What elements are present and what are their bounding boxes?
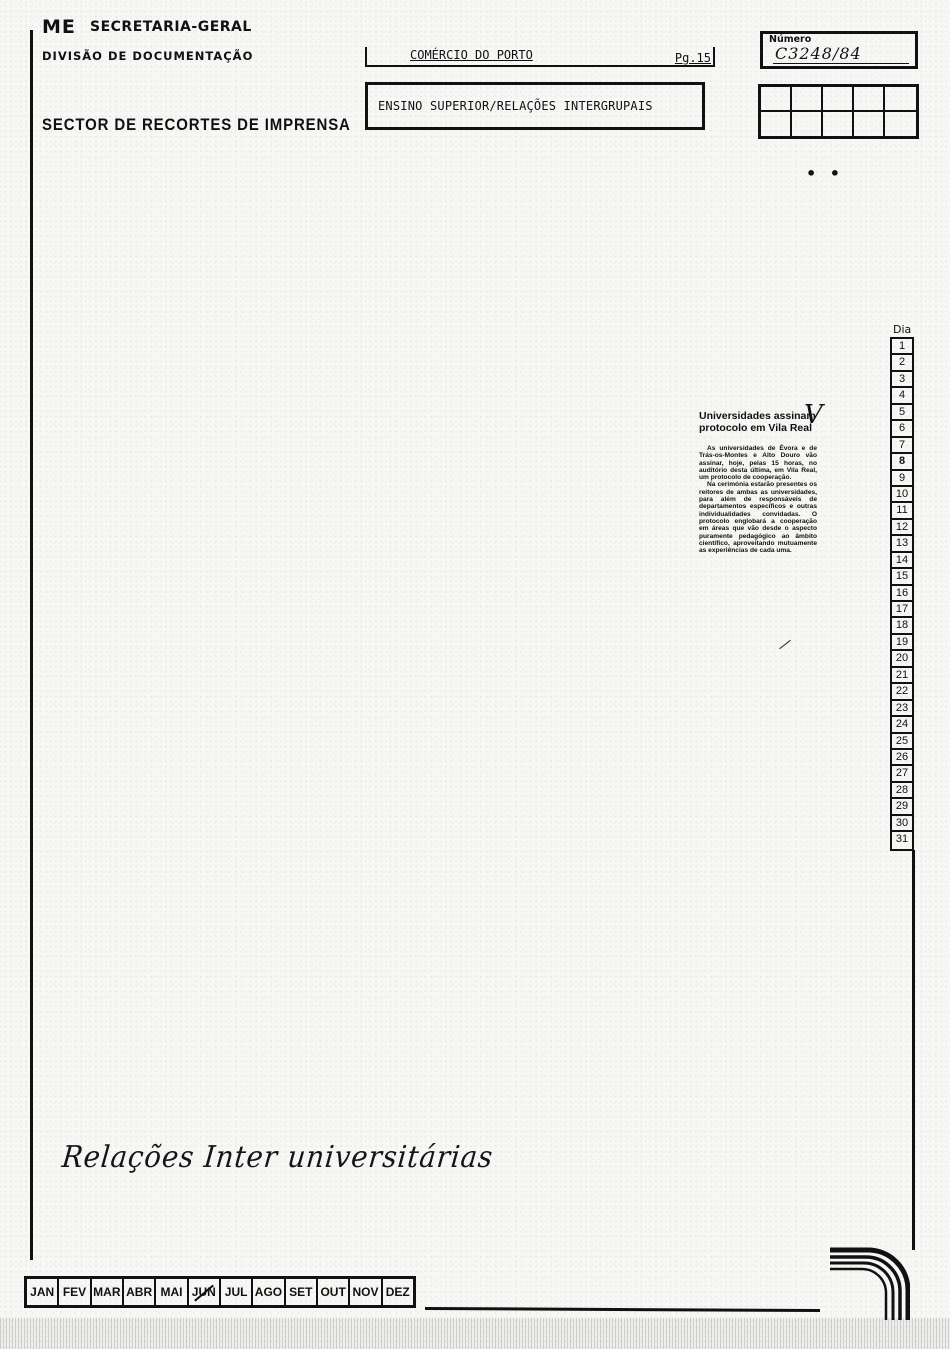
subject-box: ENSINO SUPERIOR/RELAÇÕES INTERGRUPAIS (365, 82, 705, 130)
publication-name: COMÉRCIO DO PORTO (410, 48, 533, 62)
stamp-cell (761, 112, 792, 137)
subject-text: ENSINO SUPERIOR/RELAÇÕES INTERGRUPAIS (378, 99, 653, 113)
day-cell: 9 (892, 471, 912, 487)
month-mar: MAR (92, 1279, 124, 1305)
month-jul: JUL (221, 1279, 253, 1305)
check-mark-icon: V (804, 400, 823, 430)
article-paragraph: Na cerimónia estarão presentes os reitor… (699, 481, 817, 554)
month-mai: MAI (156, 1279, 188, 1305)
day-cell: 23 (892, 701, 912, 717)
day-column-label: Dia (893, 323, 911, 336)
pen-stroke (779, 640, 791, 649)
numero-box: Número C3248/84 (760, 31, 918, 69)
day-cell: 5 (892, 405, 912, 421)
month-dez: DEZ (383, 1279, 413, 1305)
ministry-acronym: ME (42, 16, 76, 38)
day-cell-marked: 8 (892, 454, 912, 470)
day-cell: 16 (892, 586, 912, 602)
stamp-cell (854, 87, 885, 112)
day-cell: 7 (892, 438, 912, 454)
month-out: OUT (318, 1279, 350, 1305)
article-title: Universidades assinam protocolo em Vila … (699, 410, 817, 434)
article-body: As universidades de Évora e de Trás-os-M… (699, 445, 817, 554)
day-cell: 25 (892, 734, 912, 750)
day-cell: 30 (892, 816, 912, 832)
left-margin-rule (30, 30, 33, 1260)
stamp-grid (758, 84, 919, 139)
stamp-cell (823, 87, 854, 112)
day-cell: 10 (892, 487, 912, 503)
day-cell: 24 (892, 717, 912, 733)
day-cell: 12 (892, 520, 912, 536)
stamp-cell (823, 112, 854, 137)
day-cell: 6 (892, 421, 912, 437)
newspaper-clipping: Universidades assinam protocolo em Vila … (699, 410, 817, 554)
handwritten-note: Relações Inter universitárias (60, 1140, 495, 1175)
day-cell: 13 (892, 536, 912, 552)
sector-name: SECTOR DE RECORTES DE IMPRENSA (42, 115, 351, 135)
month-jun: JUN (189, 1279, 221, 1305)
month-jan: JAN (27, 1279, 59, 1305)
day-cell: 20 (892, 651, 912, 667)
page-number: Pg.15 (675, 51, 711, 65)
month-ago: AGO (253, 1279, 285, 1305)
day-cell: 27 (892, 766, 912, 782)
day-cell: 2 (892, 355, 912, 371)
numero-underline (773, 63, 909, 64)
day-cell: 18 (892, 618, 912, 634)
day-cell: 28 (892, 783, 912, 799)
day-cell: 26 (892, 750, 912, 766)
day-cell: 1 (892, 339, 912, 355)
month-fev: FEV (59, 1279, 91, 1305)
right-margin-rule (912, 850, 915, 1250)
stamp-cell (761, 87, 792, 112)
stamp-cell (792, 87, 823, 112)
day-cell: 4 (892, 388, 912, 404)
dot-marks: • • (806, 164, 844, 183)
day-cell: 17 (892, 602, 912, 618)
source-field: COMÉRCIO DO PORTO Pg.15 (365, 47, 715, 67)
month-abr: ABR (124, 1279, 156, 1305)
stamp-cell (885, 112, 916, 137)
secretariat-name: SECRETARIA-GERAL (90, 19, 252, 35)
day-cell: 29 (892, 799, 912, 815)
archive-logo-icon (828, 1246, 910, 1322)
day-cell: 15 (892, 569, 912, 585)
scan-noise-strip (0, 1318, 950, 1349)
day-column: 1234567891011121314151617181920212223242… (890, 337, 914, 851)
stamp-cell (792, 112, 823, 137)
article-paragraph: As universidades de Évora e de Trás-os-M… (699, 445, 817, 481)
day-cell: 19 (892, 635, 912, 651)
day-cell: 21 (892, 668, 912, 684)
day-cell: 31 (892, 832, 912, 848)
numero-value: C3248/84 (775, 44, 862, 63)
month-row: JANFEVMARABRMAIJUNJULAGOSETOUTNOVDEZ (24, 1276, 416, 1308)
day-cell: 3 (892, 372, 912, 388)
day-cell: 14 (892, 553, 912, 569)
stamp-cell (885, 87, 916, 112)
month-set: SET (286, 1279, 318, 1305)
month-nov: NOV (350, 1279, 382, 1305)
day-cell: 22 (892, 684, 912, 700)
day-cell: 11 (892, 503, 912, 519)
bottom-rule (425, 1307, 820, 1312)
stamp-cell (854, 112, 885, 137)
division-name: DIVISÃO DE DOCUMENTAÇÃO (42, 49, 253, 63)
